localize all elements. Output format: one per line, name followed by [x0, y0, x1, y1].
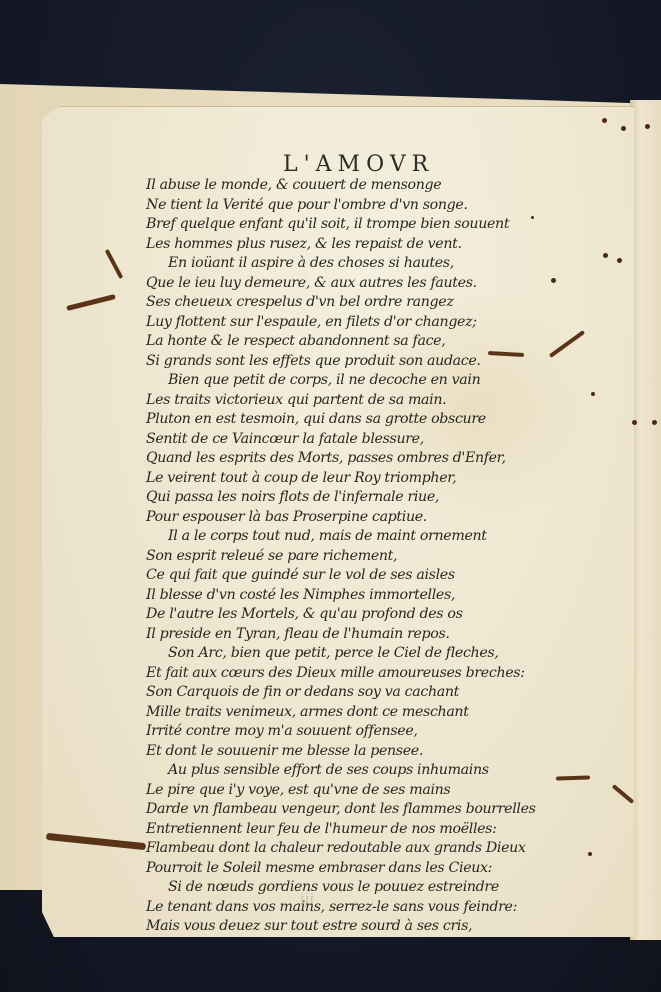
running-title: L'AMOVR: [283, 152, 434, 177]
verse-line: Le tenant dans vos mains, serrez-le sans…: [146, 898, 626, 918]
verse-line: Mais vous deuez sur tout estre sourd à s…: [146, 917, 626, 937]
verse-line: Et fait aux cœurs des Dieux mille amoure…: [146, 664, 626, 684]
verse-line: Ce qui fait que guindé sur le vol de ses…: [146, 566, 626, 586]
verse-line: Bref quelque enfant qu'il soit, il tromp…: [146, 215, 626, 235]
wormhole-dot: [652, 420, 657, 425]
verse-line: Il a le corps tout nud, mais de maint or…: [146, 527, 626, 547]
verse-line: Sentit de ce Vaincœur la fatale blessure…: [146, 430, 626, 450]
verse-line: Au plus sensible effort de ses coups inh…: [146, 761, 626, 781]
verse-line: Que le ieu luy demeure, & aux autres les…: [146, 274, 626, 294]
verse-line: Le veirent tout à coup de leur Roy triom…: [146, 469, 626, 489]
verse-line: Le pire que i'y voye, est qu'vne de ses …: [146, 781, 626, 801]
verse-line: Pluton en est tesmoin, qui dans sa grott…: [146, 410, 626, 430]
verse-line: La honte & le respect abandonnent sa fac…: [146, 332, 626, 352]
verse-line: Les traits victorieux qui partent de sa …: [146, 391, 626, 411]
verse-line: Luy flottent sur l'espaule, en filets d'…: [146, 313, 626, 333]
verse-line: Bien que petit de corps, il ne decoche e…: [146, 371, 626, 391]
verse-line: Entretiennent leur feu de l'humeur de no…: [146, 820, 626, 840]
wormhole-dot: [621, 126, 626, 131]
verse-line: Son Carquois de fin or dedans soy va cac…: [146, 683, 626, 703]
verse-line: Flambeau dont la chaleur redoutable aux …: [146, 839, 626, 859]
verse-line: Son Arc, bien que petit, perce le Ciel d…: [146, 644, 626, 664]
verse-line: Son esprit releué se pare richement,: [146, 547, 626, 567]
wormhole-dot: [645, 124, 650, 129]
verse-line: Pour espouser là bas Proserpine captiue.: [146, 508, 626, 528]
verse-line: Mille traits venimeux, armes dont ce mes…: [146, 703, 626, 723]
poem-text: Il abuse le monde, & couuert de mensonge…: [146, 176, 626, 937]
verse-line: Il abuse le monde, & couuert de mensonge: [146, 176, 626, 196]
facing-page-edge: [630, 100, 661, 940]
verse-line: Les hommes plus rusez, & les repaist de …: [146, 235, 626, 255]
verse-line: Si grands sont les effets que produit so…: [146, 352, 626, 372]
verse-line: Quand les esprits des Morts, passes ombr…: [146, 449, 626, 469]
wormhole-dot: [602, 118, 607, 123]
verse-line: Si de nœuds gordiens vous le pouuez estr…: [146, 878, 626, 898]
verse-line: De l'autre les Mortels, & qu'au profond …: [146, 605, 626, 625]
verse-line: En ioüant il aspire à des choses si haut…: [146, 254, 626, 274]
verse-line: Il blesse d'vn costé les Nimphes immorte…: [146, 586, 626, 606]
wormhole-dot: [632, 420, 637, 425]
verse-line: Il preside en Tyran, fleau de l'humain r…: [146, 625, 626, 645]
show-through-signature: iij: [300, 890, 314, 908]
verse-line: Et dont le souuenir me blesse la pensee.: [146, 742, 626, 762]
verse-line: Irrité contre moy m'a souuent offensee,: [146, 722, 626, 742]
verse-line: Pourroit le Soleil mesme embraser dans l…: [146, 859, 626, 879]
verse-line: Ses cheueux crespelus d'vn bel ordre ran…: [146, 293, 626, 313]
verse-line: Darde vn flambeau vengeur, dont les flam…: [146, 800, 626, 820]
verse-line: Ne tient la Verité que pour l'ombre d'vn…: [146, 196, 626, 216]
verse-line: Qui passa les noirs flots de l'infernale…: [146, 488, 626, 508]
